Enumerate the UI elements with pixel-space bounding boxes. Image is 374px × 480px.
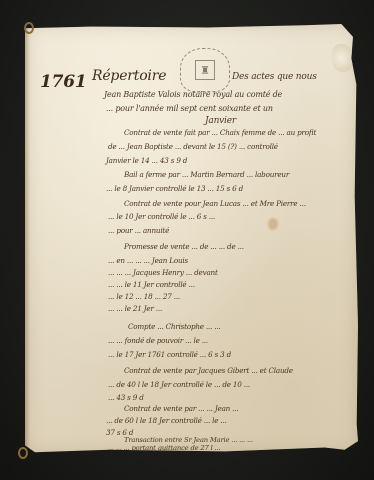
entry-3-line-1: Contrat de vente pour Jean Lucas ... et … — [124, 199, 306, 208]
header-line-2: Jean Baptiste Valois notaire royal au co… — [104, 90, 282, 99]
entry-8-line-1: Transaction entre Sr Jean Marie ... ... … — [124, 436, 253, 444]
entry-4-line-2: ... en ... ... ... Jean Louis — [108, 256, 188, 265]
entry-7-line-2: ... de 60 l le 18 Jer controllé ... le .… — [106, 416, 227, 425]
entry-1-line-1: Contrat de vente fait par ... Chaix femm… — [124, 128, 316, 137]
entry-4-line-3: ... ... ... Jacques Henry ... devant — [108, 268, 218, 277]
entry-4-line-4: ... ... le 11 Jer controllé ... — [108, 280, 195, 289]
entry-1-line-2: de ... Jean Baptiste ... devant le 15 (?… — [108, 142, 278, 151]
month-heading: Janvier — [205, 116, 236, 126]
binding-thread-top — [24, 22, 34, 34]
document-title: Répertoire — [92, 68, 166, 84]
document-year: 1761 — [40, 72, 87, 92]
entry-6-line-2: ... de 40 l le 18 Jer controllé le ... d… — [108, 380, 250, 389]
entry-1-line-3: Janvier le 14 ... 43 s 9 d — [106, 156, 187, 165]
entry-3-line-3: ... pour ... annuité — [108, 226, 169, 235]
crown-emblem-icon: ♜ — [195, 60, 215, 80]
entry-2-line-1: Bail a ferme par ... Martin Bernard ... … — [124, 170, 289, 179]
entry-5-line-3: ... le 17 Jer 1761 controllé ... 6 s 3 d — [108, 350, 231, 359]
entry-5-line-1: Compte ... Christophe ... ... — [128, 322, 221, 331]
entry-4-line-1: Promesse de vente ... de ... ... de ... — [124, 242, 244, 251]
header-line-1: Des actes que nous — [232, 72, 317, 82]
foxing-stain — [268, 218, 278, 230]
entry-4-line-5: ... le 12 ... 18 ... 27 ... — [108, 292, 180, 301]
header-line-3: ... pour l'année mil sept cent soixante … — [106, 104, 273, 113]
entry-3-line-2: ... le 10 Jer controllé le ... 6 s ... — [108, 212, 215, 221]
entry-2-line-2: ... le 8 Janvier controllé le 13 ... 15 … — [106, 184, 243, 193]
entry-7-line-1: Contrat de vente par ... ... Jean ... — [124, 404, 238, 413]
entry-6-line-1: Contrat de vente par Jacques Gibert ... … — [124, 366, 293, 375]
entry-6-line-3: ... 43 s 9 d — [108, 393, 144, 402]
binding-thread-bottom — [18, 447, 28, 459]
tax-stamp: ♜ — [180, 48, 230, 92]
entry-8-line-2: ... ... ... portant quittance de 27 l ..… — [108, 444, 220, 452]
torn-corner-fold — [332, 44, 354, 72]
entry-4-line-6: ... ... le 21 Jer ... — [108, 304, 162, 313]
entry-5-line-2: ... ... fondé de pouvoir ... le ... — [108, 336, 208, 345]
